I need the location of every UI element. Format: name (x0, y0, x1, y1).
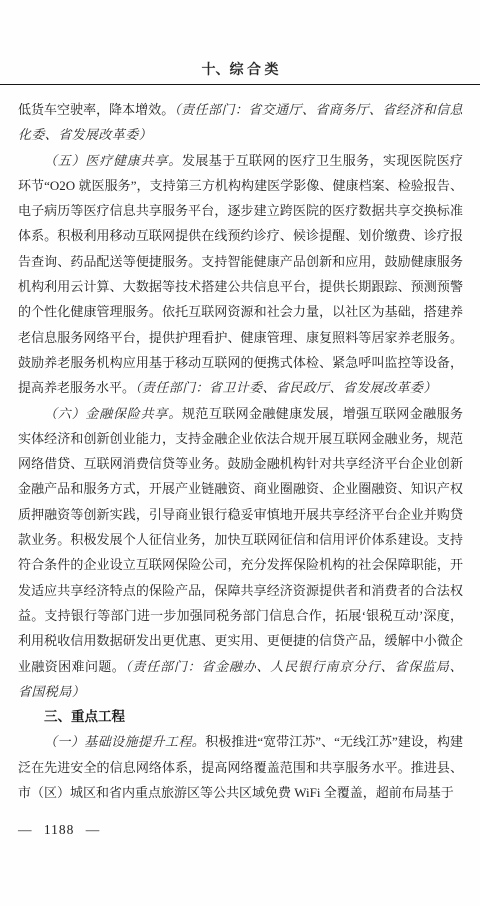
section-heading: 三、重点工程 (18, 704, 463, 729)
text-segment: 发展基于互联网的医疗卫生服务，实现医院医疗环节“O2O 就医服务”，支持第三方机… (18, 153, 463, 396)
header-divider (0, 84, 480, 85)
document-body: 低货车空驶率，降本增效。（责任部门：省交通厅、省商务厅、省经济和信息化委、省发展… (18, 97, 463, 805)
paragraph: （一）基础设施提升工程。积极推进“宽带江苏”、“无线江苏”建设，构建泛在先进安全… (18, 729, 463, 805)
paragraph: （五）医疗健康共享。发展基于互联网的医疗卫生服务，实现医院医疗环节“O2O 就医… (18, 148, 463, 401)
text-segment: 低货车空驶率，降本增效。 (18, 102, 174, 117)
paragraph: 低货车空驶率，降本增效。（责任部门：省交通厅、省商务厅、省经济和信息化委、省发展… (18, 97, 463, 148)
paragraph: （六）金融保险共享。规范互联网金融健康发展，增强互联网金融服务实体经济和创新创业… (18, 401, 463, 705)
kai-text-segment: （一）基础设施提升工程。 (44, 734, 205, 749)
text-segment: 规范互联网金融健康发展，增强互联网金融服务实体经济和创新创业能力，支持金融企业依… (18, 406, 463, 674)
kai-text-segment: （六）金融保险共享。 (44, 406, 182, 421)
kai-text-segment: （五）医疗健康共享。 (44, 153, 182, 168)
document-page: 十、综 合 类 低货车空驶率，降本增效。（责任部门：省交通厅、省商务厅、省经济和… (0, 0, 480, 906)
page-header-title: 十、综 合 类 (0, 59, 480, 79)
text-segment: 三、重点工程 (44, 709, 125, 724)
page-number: — 1188 — (18, 822, 100, 838)
kai-text-segment: （责任部门：省卫计委、省民政厅、省发展改革委） (135, 380, 437, 395)
